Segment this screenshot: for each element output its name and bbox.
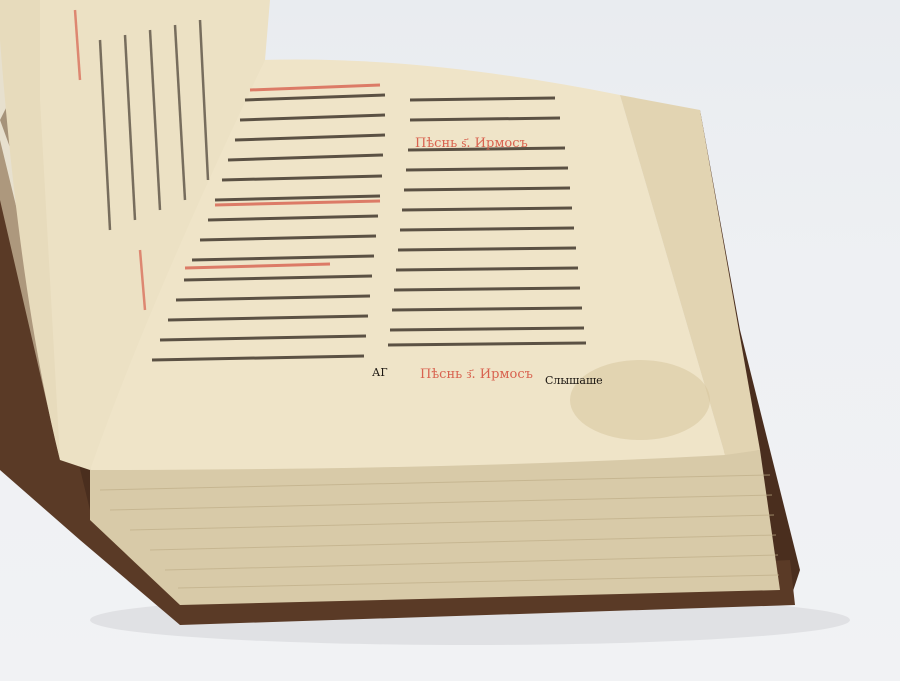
book-illustration bbox=[0, 0, 900, 681]
bottom-heading: Пѣснь з҃. Ирмосъ bbox=[420, 366, 533, 382]
book-photo: Пѣснь ѕ҃. Ирмосъ Пѣснь з҃. Ирмосъ Слышаш… bbox=[0, 0, 900, 681]
catchword: Слышаше bbox=[545, 374, 603, 387]
folio-mark: АГ bbox=[372, 366, 388, 379]
right-page-heading: Пѣснь ѕ҃. Ирмосъ bbox=[415, 135, 528, 151]
